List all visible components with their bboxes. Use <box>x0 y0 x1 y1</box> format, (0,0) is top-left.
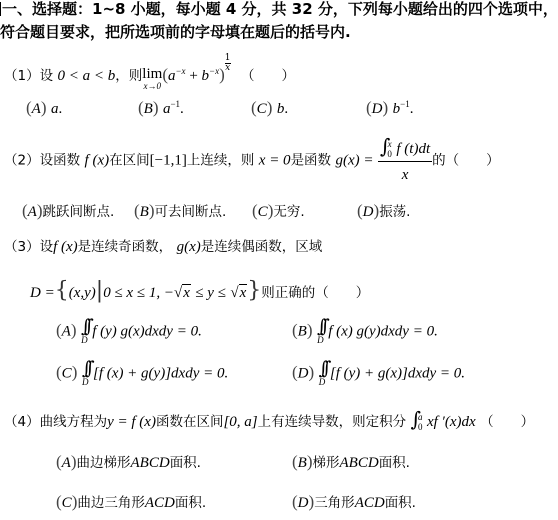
q1-option-d: (D) b−1. <box>366 98 413 118</box>
interval: [−1,1] <box>150 153 187 169</box>
domain-definition: D ={(x,y)|0 ≤ x ≤ 1, −√x ≤ y ≤ √x}则正确的（ … <box>30 282 369 302</box>
stem-text: 上有连续导数，则定积分 <box>258 414 407 430</box>
q2-option-c: (C)无穷. <box>252 200 305 221</box>
function-f: f (x) <box>85 153 110 169</box>
function-f: f (x) <box>53 239 78 255</box>
answer-blank: （ ） <box>480 414 534 430</box>
question-number: （1） <box>4 68 40 84</box>
interval: [0, a] <box>223 414 257 430</box>
stem-text: 设 <box>40 68 54 84</box>
question-3-stem: （3）设f (x)是连续奇函数， g(x)是连续偶函数，区域 <box>4 238 322 256</box>
stem-text: 是连续奇函数， <box>78 239 173 255</box>
function-g: g(x) <box>177 239 201 255</box>
stem-text: 是函数 <box>291 153 332 169</box>
q3-option-d: (D) ∫∫D [f (y) + g(x)]dxdy = 0. <box>292 360 465 387</box>
stem-text: ，则 <box>115 68 142 84</box>
q3-option-c: (C) ∫∫D [f (x) + g(y)]dxdy = 0. <box>56 360 228 387</box>
q2-option-d: (D)振荡. <box>357 200 410 221</box>
stem-text: 则正确的 <box>261 285 315 301</box>
q4-option-b: (B)梯形ABCD面积. <box>292 451 410 472</box>
question-4-stem: （4）曲线方程为y = f (x)函数在区间[0, a]上有连续导数，则定积分 … <box>4 410 534 432</box>
header-line-2: 符合题目要求，把所选项前的字母填在题后的括号内. <box>0 23 351 41</box>
function-g: g(x) = <box>336 153 374 169</box>
outer-exponent: 1x <box>225 54 231 73</box>
stem-text: 曲线方程为 <box>40 414 108 430</box>
q4-option-d: (D)三角形ACD面积. <box>292 491 416 512</box>
question-1-stem: （1）设 0 < a < b，则limx→0(a−x + b−x)1x （ ） <box>4 54 295 88</box>
stem-text: 上连续，则 <box>187 153 255 169</box>
q2-option-b: (B)可去间断点. <box>134 200 226 221</box>
q1-option-c: (C) b. <box>251 98 288 118</box>
point: x = 0 <box>259 153 291 169</box>
answer-blank: （ ） <box>241 68 295 84</box>
stem-text: 设 <box>40 239 54 255</box>
answer-blank: （ ） <box>446 153 500 169</box>
question-number: （3） <box>4 239 40 255</box>
integrand: xf ′(x)dx <box>427 414 476 430</box>
question-2-stem: （2）设函数 f (x)在区间[−1,1]上连续，则 x = 0是函数 g(x)… <box>4 137 500 184</box>
q1-option-b: (B) a−1. <box>138 98 184 118</box>
curve-equation: y = f (x) <box>107 414 156 430</box>
stem-text: 是连续偶函数，区域 <box>201 239 323 255</box>
stem-text: 函数在区间 <box>156 414 224 430</box>
q3-option-b: (B) ∫∫D f (x) g(y)dxdy = 0. <box>292 318 438 345</box>
cursor-bar <box>0 2 1 16</box>
stem-text: 设函数 <box>40 153 81 169</box>
header-line-1: 一、选择题：1~8 小题，每小题 4 分，共 32 分，下列每小题给出的四个选项… <box>2 0 558 18</box>
question-number: （4） <box>4 414 40 430</box>
condition-math: 0 < a < b <box>58 68 116 84</box>
fraction: ∫x0 f (t)dt x <box>378 137 432 184</box>
stem-text: 的 <box>432 153 446 169</box>
base-b: b <box>202 68 210 84</box>
q1-option-a: (A) a. <box>26 98 62 118</box>
q4-option-a: (A)曲边梯形ABCD面积. <box>56 451 201 472</box>
limit-operator: limx→0 <box>142 67 162 91</box>
question-number: （2） <box>4 153 40 169</box>
q3-option-a: (A) ∫∫D f (y) g(x)dxdy = 0. <box>56 318 202 345</box>
answer-blank: （ ） <box>315 285 369 301</box>
stem-text: 在区间 <box>109 153 150 169</box>
q4-option-c: (C)曲边三角形ACD面积. <box>56 491 206 512</box>
q2-option-a: (A)跳跃间断点. <box>22 200 114 221</box>
